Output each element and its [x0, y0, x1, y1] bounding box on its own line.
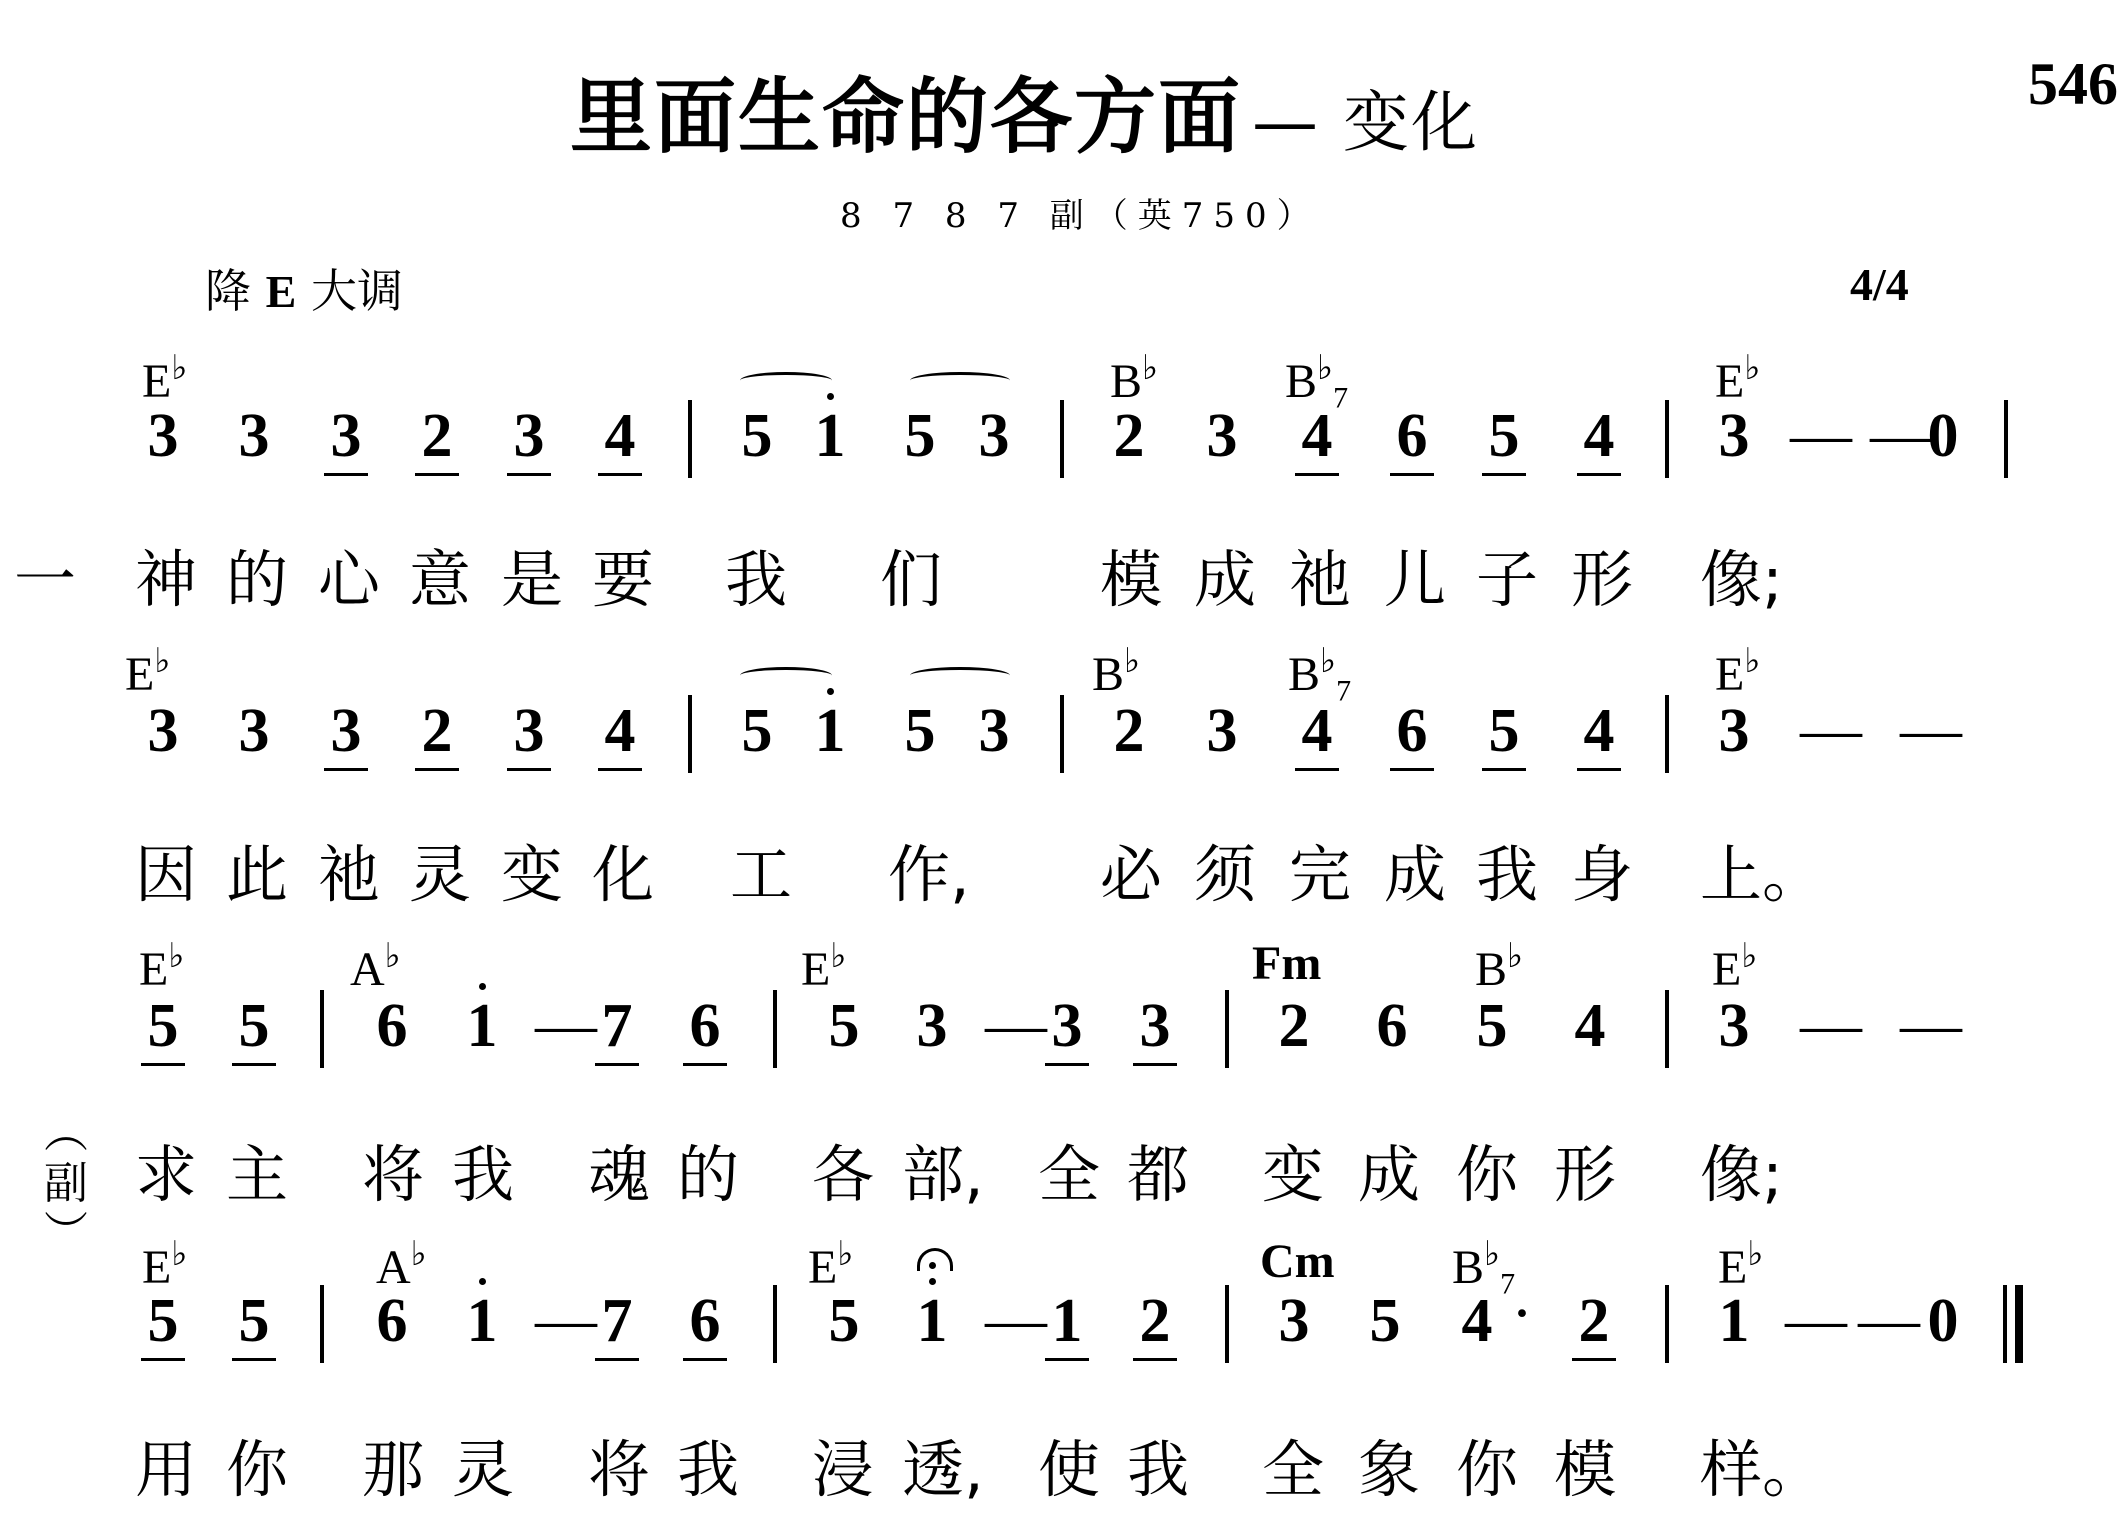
- lyric: 透,: [902, 1420, 984, 1509]
- dash: —: [985, 1285, 1047, 1356]
- note: 5: [1470, 995, 1514, 1057]
- slur: [740, 372, 832, 389]
- lyric: 魂: [588, 1125, 650, 1214]
- note: 4: [1455, 1290, 1499, 1352]
- lyric: 祂: [318, 825, 380, 914]
- chord-bb: B♭: [1475, 940, 1523, 994]
- note: 2: [1133, 1290, 1177, 1361]
- barline: [2004, 400, 2008, 478]
- barline: [1060, 400, 1064, 478]
- lyric: 全: [1262, 1420, 1324, 1509]
- lyric: 你: [1456, 1420, 1518, 1509]
- lyric: 各: [812, 1125, 874, 1214]
- lyric: 那: [362, 1420, 424, 1509]
- chord-eb: E♭: [801, 940, 846, 994]
- slur: [910, 667, 1010, 684]
- dash: —: [1858, 1285, 1920, 1356]
- lyric: 神: [135, 530, 197, 619]
- note: 5: [1482, 405, 1526, 476]
- lyric: 心: [318, 530, 380, 619]
- lyric: 变: [1262, 1125, 1324, 1214]
- slur: [740, 667, 832, 684]
- note: 4: [1295, 700, 1339, 771]
- note: 1: [1712, 1290, 1756, 1352]
- lyric: 我: [725, 530, 787, 619]
- lyric: 意: [409, 530, 471, 619]
- lyric: 因: [135, 825, 197, 914]
- lyric: 部,: [902, 1125, 984, 1214]
- lyric: 使: [1038, 1420, 1100, 1509]
- note: 3: [232, 405, 276, 467]
- barline: [320, 990, 324, 1068]
- chord-bb: B♭: [1092, 645, 1140, 699]
- note: 0: [1921, 1290, 1965, 1352]
- dash: —: [1900, 695, 1962, 766]
- note: 3: [141, 700, 185, 762]
- barline: [773, 990, 777, 1068]
- lyric: 像;: [1700, 530, 1783, 619]
- note: 7: [595, 1290, 639, 1361]
- note: 4: [1295, 405, 1339, 476]
- note: 2: [1107, 700, 1151, 762]
- note: 3: [507, 405, 551, 476]
- note: 6: [370, 1290, 414, 1352]
- lyric: 都: [1127, 1125, 1189, 1214]
- hymn-number: 546: [2028, 50, 2118, 119]
- lyric: 模: [1554, 1420, 1616, 1509]
- lyric: 像;: [1700, 1125, 1783, 1214]
- barline: [1665, 400, 1669, 478]
- chord-cm: Cm: [1260, 1238, 1335, 1286]
- lyric: 身: [1571, 825, 1633, 914]
- lyric: 们: [880, 530, 942, 619]
- lyric: 的: [226, 530, 288, 619]
- lyric: 成: [1358, 1125, 1420, 1214]
- note: 5: [232, 1290, 276, 1361]
- barline: [1060, 695, 1064, 773]
- lyric: 浸: [812, 1420, 874, 1509]
- note: 5: [735, 405, 779, 467]
- note: 4: [598, 700, 642, 771]
- hymn-subtitle: — 变化: [1252, 84, 1479, 161]
- barline: [773, 1285, 777, 1363]
- lyric: 求: [135, 1125, 197, 1214]
- note: 6: [683, 995, 727, 1066]
- chord-eb: E♭: [1718, 1238, 1763, 1292]
- note: 5: [898, 405, 942, 467]
- barline: [1225, 990, 1229, 1068]
- note: 3: [1133, 995, 1177, 1066]
- note: 4: [1568, 995, 1612, 1057]
- note: 3: [1200, 405, 1244, 467]
- lyric: 将: [362, 1125, 424, 1214]
- dot-augmentation: ·: [1500, 1290, 1544, 1338]
- dash: —: [535, 990, 597, 1061]
- note: 2: [1572, 1290, 1616, 1361]
- lyric: 的: [677, 1125, 739, 1214]
- note: 3: [910, 995, 954, 1057]
- note: 3: [1045, 995, 1089, 1066]
- chord-eb: E♭: [1715, 645, 1760, 699]
- lyric: 我: [452, 1125, 514, 1214]
- lyric: 形: [1571, 530, 1633, 619]
- final-barline-thick: [2015, 1285, 2023, 1363]
- lyric: 是: [501, 530, 563, 619]
- dash: —: [535, 1285, 597, 1356]
- note: 3: [1712, 405, 1756, 467]
- dash: —: [985, 990, 1047, 1061]
- barline: [688, 400, 692, 478]
- note: 0: [1921, 405, 1965, 467]
- note: 3: [972, 405, 1016, 467]
- barline: [1225, 1285, 1229, 1363]
- note: 3: [507, 700, 551, 771]
- note: 5: [141, 995, 185, 1066]
- note: 5: [141, 1290, 185, 1361]
- verse-label: 一: [14, 530, 76, 619]
- lyric: 工: [730, 825, 792, 914]
- lyric: 我: [1127, 1420, 1189, 1509]
- note: 5: [822, 1290, 866, 1352]
- note: 2: [415, 700, 459, 771]
- note: 3: [324, 405, 368, 476]
- lyric: 你: [1456, 1125, 1518, 1214]
- lyric: 变: [501, 825, 563, 914]
- note: 2: [1272, 995, 1316, 1057]
- dash: —: [1800, 695, 1862, 766]
- lyric: 我: [1476, 825, 1538, 914]
- note: 3: [1712, 700, 1756, 762]
- note: 6: [1390, 700, 1434, 771]
- note: 6: [683, 1290, 727, 1361]
- note: 4: [1577, 405, 1621, 476]
- note: 3: [1272, 1290, 1316, 1352]
- lyric: 灵: [452, 1420, 514, 1509]
- lyric: 我: [677, 1420, 739, 1509]
- lyric: 成: [1384, 825, 1446, 914]
- note-high: 1: [460, 1290, 504, 1352]
- note: 4: [598, 405, 642, 476]
- note-high: 1: [910, 1290, 954, 1352]
- note: 5: [822, 995, 866, 1057]
- lyric: 主: [226, 1125, 288, 1214]
- lyric: 模: [1100, 530, 1162, 619]
- note: 6: [1390, 405, 1434, 476]
- lyric: 完: [1289, 825, 1351, 914]
- slur: [910, 372, 1010, 389]
- note: 6: [370, 995, 414, 1057]
- note: 3: [141, 405, 185, 467]
- dash: —: [1900, 990, 1962, 1061]
- note: 1: [1045, 1290, 1089, 1361]
- lyric: 将: [588, 1420, 650, 1509]
- note: 2: [415, 405, 459, 476]
- note: 5: [232, 995, 276, 1066]
- note: 6: [1370, 995, 1414, 1057]
- barline: [688, 695, 692, 773]
- lyric: 样。: [1700, 1420, 1824, 1509]
- note: 5: [898, 700, 942, 762]
- chord-eb: E♭: [1715, 352, 1760, 406]
- lyric: 此: [226, 825, 288, 914]
- chord-eb: E♭: [125, 645, 170, 699]
- dash: —: [1785, 1285, 1847, 1356]
- time-signature: 4/4: [1850, 258, 1909, 311]
- lyric: 儿: [1384, 530, 1446, 619]
- lyric: 形: [1554, 1125, 1616, 1214]
- note-high: 1: [808, 700, 852, 762]
- chord-ab: A♭: [376, 1238, 427, 1292]
- chord-eb: E♭: [142, 1238, 187, 1292]
- chord-bb: B♭: [1110, 352, 1158, 406]
- chord-eb: E♭: [139, 940, 184, 994]
- note: 3: [232, 700, 276, 762]
- fermata-dot: [929, 1262, 936, 1269]
- note: 3: [324, 700, 368, 771]
- note: 2: [1107, 405, 1151, 467]
- note: 5: [735, 700, 779, 762]
- final-barline-thin: [2003, 1285, 2007, 1363]
- meter-text: 8 7 8 7 副（英750）: [840, 188, 1321, 237]
- note: 3: [1200, 700, 1244, 762]
- barline: [320, 1285, 324, 1363]
- chord-eb: E♭: [808, 1238, 853, 1292]
- lyric: 子: [1476, 530, 1538, 619]
- barline: [1665, 1285, 1669, 1363]
- barline: [1665, 990, 1669, 1068]
- dash: —: [1790, 400, 1852, 471]
- note: 4: [1577, 700, 1621, 771]
- note: 5: [1363, 1290, 1407, 1352]
- lyric: 你: [226, 1420, 288, 1509]
- chord-fm: Fm: [1252, 940, 1321, 988]
- lyric: 化: [592, 825, 654, 914]
- lyric: 须: [1194, 825, 1256, 914]
- lyric: 作,: [888, 825, 970, 914]
- barline: [1665, 695, 1669, 773]
- hymn-title: 里面生命的各方面— 变化: [570, 52, 1479, 169]
- key-signature: 降 E 大调: [205, 255, 403, 321]
- chord-ab: A♭: [350, 940, 401, 994]
- note-high: 1: [460, 995, 504, 1057]
- lyric: 上。: [1700, 825, 1824, 914]
- lyric: 用: [135, 1420, 197, 1509]
- chord-eb: E♭: [1712, 940, 1757, 994]
- lyric: 灵: [409, 825, 471, 914]
- chorus-label: ︵副︶: [44, 1108, 88, 1260]
- lyric: 祂: [1289, 530, 1351, 619]
- lyric: 象: [1358, 1420, 1420, 1509]
- lyric: 必: [1100, 825, 1162, 914]
- chord-eb: E♭: [142, 352, 187, 406]
- note: 3: [972, 700, 1016, 762]
- dash: —: [1800, 990, 1862, 1061]
- note-high: 1: [808, 405, 852, 467]
- note: 5: [1482, 700, 1526, 771]
- lyric: 要: [592, 530, 654, 619]
- lyric: 全: [1038, 1125, 1100, 1214]
- lyric: 成: [1194, 530, 1256, 619]
- note: 7: [595, 995, 639, 1066]
- note: 3: [1712, 995, 1756, 1057]
